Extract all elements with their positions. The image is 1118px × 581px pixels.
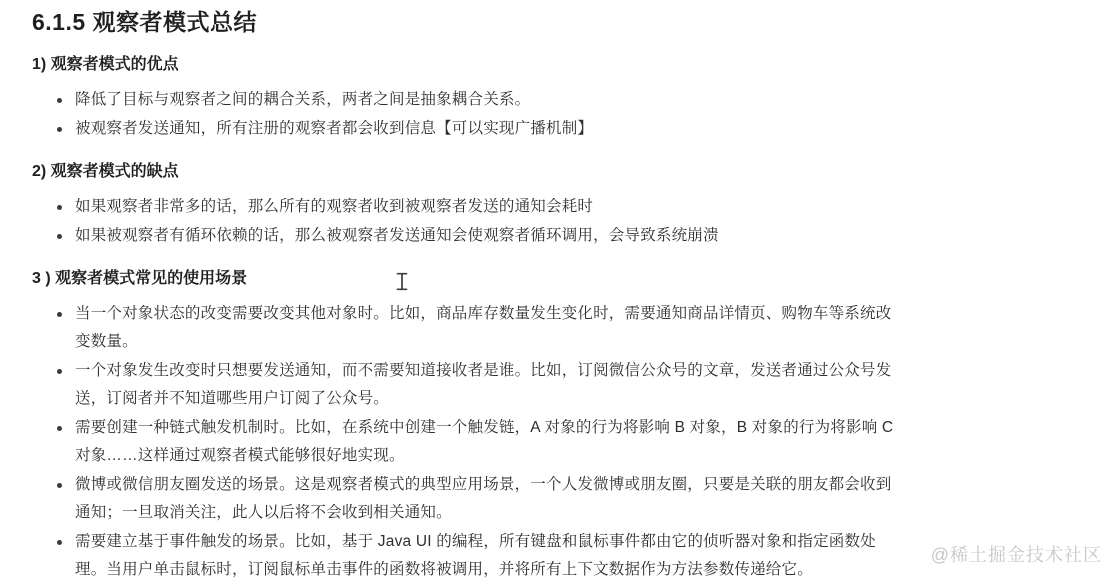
list-item: 如果观察者非常多的话，那么所有的观察者收到被观察者发送的通知会耗时 <box>75 193 905 221</box>
article-content: 6.1.5 观察者模式总结 1) 观察者模式的优点降低了目标与观察者之间的耦合关… <box>0 0 905 581</box>
article-page: 6.1.5 观察者模式总结 1) 观察者模式的优点降低了目标与观察者之间的耦合关… <box>0 0 1118 581</box>
list-item: 一个对象发生改变时只想要发送通知，而不需要知道接收者是谁。比如，订阅微信公众号的… <box>75 357 905 413</box>
list-item: 微博或微信朋友圈发送的场景。这是观察者模式的典型应用场景，一个人发微博或朋友圈，… <box>75 471 905 527</box>
list-item: 需要建立基于事件触发的场景。比如，基于 Java UI 的编程，所有键盘和鼠标事… <box>75 528 905 581</box>
section-heading: 1) 观察者模式的优点 <box>32 56 905 74</box>
list-item: 被观察者发送通知，所有注册的观察者都会收到信息【可以实现广播机制】 <box>75 115 905 143</box>
list-item: 需要创建一种链式触发机制时。比如，在系统中创建一个触发链，A 对象的行为将影响 … <box>75 414 905 470</box>
page-title: 6.1.5 观察者模式总结 <box>32 8 905 36</box>
list-item: 如果被观察者有循环依赖的话，那么被观察者发送通知会使观察者循环调用，会导致系统崩… <box>75 222 905 250</box>
section-heading: 3 ) 观察者模式常见的使用场景 <box>32 270 905 288</box>
list-item: 当一个对象状态的改变需要改变其他对象时。比如，商品库存数量发生变化时，需要通知商… <box>75 300 905 356</box>
bullet-list: 降低了目标与观察者之间的耦合关系，两者之间是抽象耦合关系。被观察者发送通知，所有… <box>32 86 905 143</box>
content-sections: 1) 观察者模式的优点降低了目标与观察者之间的耦合关系，两者之间是抽象耦合关系。… <box>32 56 905 581</box>
section-heading: 2) 观察者模式的缺点 <box>32 163 905 181</box>
list-item: 降低了目标与观察者之间的耦合关系，两者之间是抽象耦合关系。 <box>75 86 905 114</box>
watermark: @稀土掘金技术社区 <box>931 544 1102 566</box>
bullet-list: 如果观察者非常多的话，那么所有的观察者收到被观察者发送的通知会耗时如果被观察者有… <box>32 193 905 250</box>
bullet-list: 当一个对象状态的改变需要改变其他对象时。比如，商品库存数量发生变化时，需要通知商… <box>32 300 905 581</box>
